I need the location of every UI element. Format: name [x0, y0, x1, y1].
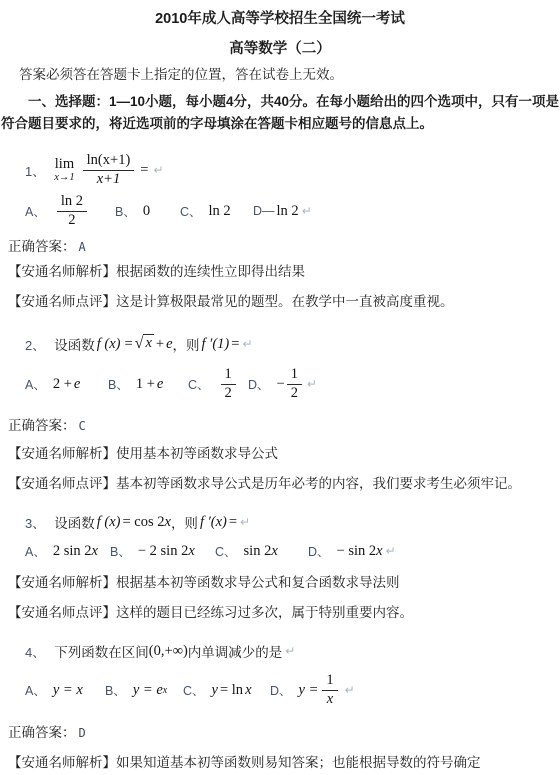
fraction-numerator: 1 — [287, 367, 302, 384]
stem-text: 设函数 — [54, 512, 95, 532]
math-x: x — [376, 543, 382, 560]
question-2-analysis: 【安通名师解析】使用基本初等函数求导公式 — [8, 445, 560, 463]
option-c-label: C、 — [180, 202, 202, 220]
fraction-denominator: 2 — [221, 384, 236, 402]
minus-sign: − — [277, 376, 285, 393]
option-b: B、 y = e x — [105, 681, 183, 699]
option-a-value: y = x — [53, 682, 83, 699]
answer-label: 正确答案： — [8, 418, 76, 433]
option-b-value: 0 — [143, 203, 150, 220]
question-3-number: 3、 — [25, 513, 45, 532]
question-1-options: A、 ln 2 2 B、 0 C、 ln 2 D— ln 2 ↵ — [25, 193, 560, 229]
limit-expression: lim x→1 — [54, 157, 74, 184]
option-c-value: = ln — [220, 682, 243, 699]
question-1-comment: 【安通名师点评】这是计算极限最常见的题型。在教学中一直被高度重视。 — [8, 293, 560, 311]
radical-expression: √x — [135, 335, 154, 353]
option-d-value: ln 2 — [277, 203, 299, 220]
option-a: A、 2 + e — [25, 375, 108, 393]
equals-sign: = — [140, 162, 148, 179]
option-c: C、 y = ln x — [183, 681, 270, 699]
derivative-notation: f ′(x) — [200, 514, 227, 531]
option-d-label: D、 — [248, 375, 270, 393]
radical-argument: x — [143, 334, 153, 351]
question-1-answer: 正确答案：A — [8, 238, 560, 256]
limit-subscript: x→1 — [54, 173, 74, 184]
limit-operator: lim — [55, 157, 74, 172]
option-b-value: 1 + — [136, 376, 155, 393]
math-x: x — [92, 543, 98, 560]
option-c-value: sin 2 — [244, 543, 272, 560]
option-c: C、 sin 2 x — [215, 542, 308, 560]
option-a: A、 y = x — [25, 681, 105, 699]
stem-text: ，则 — [171, 512, 198, 532]
option-b-value: y = e — [133, 682, 163, 699]
math-x: x — [245, 682, 251, 699]
exponent: x — [163, 685, 167, 696]
option-b: B、 0 — [115, 202, 180, 220]
math-e: e — [74, 376, 80, 393]
answer-value: C — [79, 419, 86, 433]
section-heading-line2: 符合题目要求的，将近选项前的字母填涂在答题卡相应题号的信息点上。 — [1, 113, 560, 135]
fraction: 1 x — [322, 673, 337, 708]
question-2-answer: 正确答案：C — [8, 417, 560, 435]
math-y: y — [212, 682, 218, 699]
question-1-stem: 1、 lim x→1 ln(x+1) x+1 = ↵ — [25, 150, 560, 190]
stem-text: 下列函数在区间 — [54, 641, 149, 661]
answer-label: 正确答案： — [8, 725, 76, 740]
math-x: x — [271, 543, 277, 560]
fraction: 1 2 — [221, 367, 236, 402]
fraction-denominator: 2 — [57, 211, 87, 229]
page-subtitle: 高等数学（二） — [0, 37, 560, 58]
question-4-number: 4、 — [25, 642, 45, 661]
plus-sign: + — [156, 336, 164, 353]
question-4-answer: 正确答案：D — [8, 724, 560, 742]
question-2-stem: 2、 设函数 f (x) = √x + e ，则 f ′(1) = ↵ — [25, 332, 560, 356]
section-heading-line1: 一、选择题：1—10小题，每小题4分，共40分。在每小题给出的四个选项中，只有一… — [28, 91, 560, 113]
option-c-value: ln 2 — [209, 203, 231, 220]
option-b-label: B、 — [115, 202, 136, 220]
paragraph-mark-icon: ↵ — [386, 544, 396, 558]
interval-notation: (0,+∞) — [149, 643, 188, 660]
paragraph-mark-icon: ↵ — [307, 377, 317, 391]
fraction-denominator: 2 — [287, 384, 302, 402]
fraction-denominator: x+1 — [83, 170, 135, 188]
paragraph-mark-icon: ↵ — [153, 163, 163, 177]
question-4-options: A、 y = x B、 y = e x C、 y = ln x D、 y = 1… — [25, 671, 560, 709]
fraction: 1 2 — [287, 367, 302, 402]
option-b: B、 − 2 sin 2 x — [110, 542, 215, 560]
paragraph-mark-icon: ↵ — [285, 644, 295, 658]
question-1-number: 1、 — [25, 161, 45, 180]
option-b-label: B、 — [110, 542, 131, 560]
equals-sign: = — [231, 336, 239, 353]
exam-page: 2010年成人高等学校招生全国统一考试 高等数学（二） 答案必须答在答题卡上指定… — [0, 7, 560, 772]
notice-text: 答案必须答在答题卡上指定的位置，答在试卷上无效。 — [19, 65, 560, 85]
option-d: D— ln 2 ↵ — [253, 203, 312, 220]
option-c: C、 1 2 — [188, 367, 248, 402]
answer-value: D — [79, 726, 86, 740]
fraction-numerator: ln 2 — [57, 194, 87, 211]
fraction-numerator: 1 — [322, 673, 337, 690]
option-d-label: D— — [253, 204, 275, 218]
answer-value: A — [79, 240, 86, 254]
stem-text: ，则 — [173, 334, 200, 354]
question-2-options: A、 2 + e B、 1 + e C、 1 2 D、 − 1 2 ↵ — [25, 365, 560, 403]
question-2-comment: 【安通名师点评】基本初等函数求导公式是历年必考的内容，我们要求考生必须牢记。 — [8, 475, 560, 493]
stem-text: 设函数 — [54, 334, 95, 354]
option-c-label: C、 — [183, 681, 205, 699]
option-d: D、 − 1 2 ↵ — [248, 367, 317, 402]
option-a-value: 2 sin 2 — [53, 543, 92, 560]
option-d-label: D、 — [308, 542, 330, 560]
equals-sign: = — [124, 336, 132, 353]
question-3-options: A、 2 sin 2 x B、 − 2 sin 2 x C、 sin 2 x D… — [25, 541, 560, 561]
option-a: A、 ln 2 2 — [25, 194, 115, 229]
fraction: ln(x+1) x+1 — [83, 153, 135, 188]
fraction: ln 2 2 — [57, 194, 87, 229]
option-d: D、 y = 1 x ↵ — [270, 673, 355, 708]
option-a: A、 2 sin 2 x — [25, 542, 110, 560]
paragraph-mark-icon: ↵ — [302, 204, 312, 218]
fraction-numerator: ln(x+1) — [83, 153, 135, 170]
option-a-label: A、 — [25, 542, 46, 560]
section-heading: 一、选择题：1—10小题，每小题4分，共40分。在每小题给出的四个选项中，只有一… — [0, 91, 560, 135]
function-notation: f (x) — [97, 336, 121, 353]
question-2-number: 2、 — [25, 335, 45, 354]
question-3-analysis: 【安通名师解析】根据基本初等函数求导公式和复合函数求导法则 — [8, 574, 560, 592]
option-d-value: y = — [299, 682, 319, 699]
question-1-analysis: 【安通名师解析】根据函数的连续性立即得出结果 — [8, 263, 560, 281]
page-title: 2010年成人高等学校招生全国统一考试 — [0, 7, 560, 28]
option-b-label: B、 — [105, 681, 126, 699]
question-3-stem: 3、 设函数 f (x) = cos 2 x ，则 f ′(x) = ↵ — [25, 511, 560, 533]
option-c: C、 ln 2 — [180, 202, 253, 220]
option-b: B、 1 + e — [108, 375, 188, 393]
option-b-value: − 2 sin 2 — [138, 543, 188, 560]
cos-expression: = cos 2 — [122, 514, 164, 531]
paragraph-mark-icon: ↵ — [240, 515, 250, 529]
question-4-stem: 4、 下列函数在区间 (0,+∞) 内单调减少的是 ↵ — [25, 640, 560, 662]
option-a-value: 2 + — [53, 376, 72, 393]
option-d: D、 − sin 2 x ↵ — [308, 542, 396, 560]
option-d-value: − sin 2 — [337, 543, 377, 560]
paragraph-mark-icon: ↵ — [242, 337, 252, 351]
option-c-label: C、 — [188, 375, 210, 393]
fraction-denominator: x — [322, 690, 337, 708]
option-a-label: A、 — [25, 202, 46, 220]
question-3-comment: 【安通名师点评】这样的题目已经练习过多次，属于特别重要内容。 — [8, 604, 560, 622]
function-notation: f (x) — [97, 514, 121, 531]
derivative-notation: f ′(1) — [202, 336, 230, 353]
stem-text: 内单调减少的是 — [188, 641, 283, 661]
fraction-numerator: 1 — [221, 367, 236, 384]
option-a-label: A、 — [25, 681, 46, 699]
answer-label: 正确答案： — [8, 239, 76, 254]
math-x: x — [188, 543, 194, 560]
option-d-label: D、 — [270, 681, 292, 699]
question-4-analysis: 【安通名师解析】如果知道基本初等函数则易知答案；也能根据导数的符号确定 — [8, 754, 560, 772]
equals-sign: = — [229, 514, 237, 531]
option-c-label: C、 — [215, 542, 237, 560]
paragraph-mark-icon: ↵ — [345, 683, 355, 697]
option-a-label: A、 — [25, 375, 46, 393]
math-e: e — [157, 376, 163, 393]
option-b-label: B、 — [108, 375, 129, 393]
